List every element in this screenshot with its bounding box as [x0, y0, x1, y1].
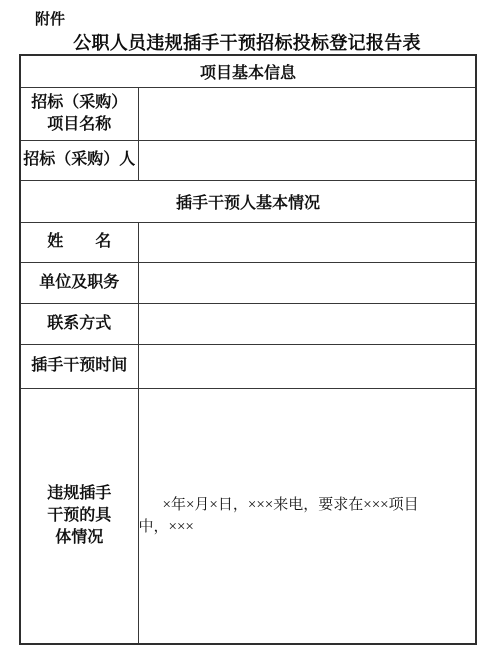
value-name [138, 222, 476, 262]
row-interference-time: 插手干预时间 [20, 344, 476, 388]
label-interference-details-line1: 违规插手 [21, 483, 138, 505]
label-purchaser: 招标（采购）人 [20, 140, 138, 180]
section-header-interferer-info: 插手干预人基本情况 [20, 180, 476, 222]
label-project-name: 招标（采购） 项目名称 [20, 87, 138, 140]
section-row-interferer-info: 插手干预人基本情况 [20, 180, 476, 222]
document-page: 附件 公职人员违规插手干预招标投标登记报告表 项目基本信息 招标（采购） 项目名… [0, 0, 500, 661]
row-interference-details: 违规插手 干预的具 体情况 ×年×月×日，×××来电，要求在×××项目 中，××… [20, 388, 476, 644]
value-interference-details: ×年×月×日，×××来电，要求在×××项目 中，××× [138, 388, 476, 644]
label-name: 姓 名 [20, 222, 138, 262]
label-interference-details: 违规插手 干预的具 体情况 [20, 388, 138, 644]
section-row-project-info: 项目基本信息 [20, 55, 476, 87]
label-interference-details-line3: 体情况 [21, 527, 138, 549]
value-unit-position [138, 262, 476, 303]
value-contact [138, 303, 476, 344]
label-interference-details-line2: 干预的具 [21, 505, 138, 527]
row-unit-position: 单位及职务 [20, 262, 476, 303]
page-title: 公职人员违规插手干预招标投标登记报告表 [0, 29, 494, 55]
row-purchaser: 招标（采购）人 [20, 140, 476, 180]
row-project-name: 招标（采购） 项目名称 [20, 87, 476, 140]
value-interference-time [138, 344, 476, 388]
value-purchaser [138, 140, 476, 180]
label-project-name-line2: 项目名称 [21, 114, 138, 136]
label-project-name-line1: 招标（采购） [21, 92, 138, 114]
value-project-name [138, 87, 476, 140]
row-name: 姓 名 [20, 222, 476, 262]
label-interference-time: 插手干预时间 [20, 344, 138, 388]
row-contact: 联系方式 [20, 303, 476, 344]
label-unit-position: 单位及职务 [20, 262, 138, 303]
details-text-line2: 中，××× [139, 516, 476, 538]
label-contact: 联系方式 [20, 303, 138, 344]
section-header-project-info: 项目基本信息 [20, 55, 476, 87]
registration-form-table: 项目基本信息 招标（采购） 项目名称 招标（采购）人 插手干预人基本情况 姓 名… [19, 54, 477, 645]
details-text-line1: ×年×月×日，×××来电，要求在×××项目 [139, 494, 476, 516]
attachment-label: 附件 [35, 8, 65, 29]
